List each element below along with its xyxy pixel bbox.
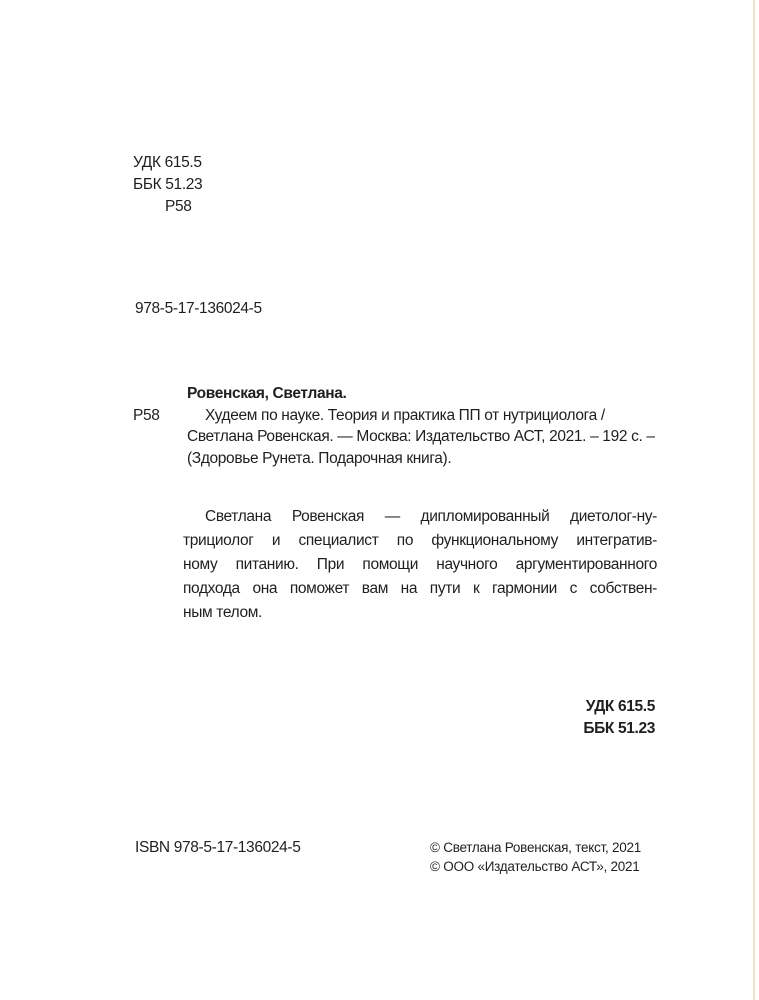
author-sign: Р58 <box>133 405 160 427</box>
author-sign: Р58 <box>133 196 202 218</box>
bibliographic-line: (Здоровье Рунета. Подарочная книга). <box>187 448 673 470</box>
bibliographic-line: Худеем по науке. Теория и практика ПП от… <box>187 405 673 427</box>
classification-codes-bottom: УДК 615.5 ББК 51.23 <box>583 696 655 740</box>
annotation-line: подхода она поможет вам на пути к гармон… <box>183 577 657 601</box>
isbn-line: ISBN 978-5-17-136024-5 <box>135 837 301 859</box>
annotation-line: ному питанию. При помощи научного аргуме… <box>183 553 657 577</box>
isbn-number: 978-5-17-136024-5 <box>135 298 262 320</box>
bibliographic-text: Ровенская, Светлана. Худеем по науке. Те… <box>187 383 673 469</box>
annotation-line: ным телом. <box>183 601 657 625</box>
annotation-line: Светлана Ровенская — дипломированный дие… <box>183 505 657 529</box>
scan-edge-line <box>753 0 755 1000</box>
classification-codes-top: УДК 615.5 ББК 51.23 Р58 <box>133 152 202 218</box>
udk-code: УДК 615.5 <box>133 152 202 174</box>
udk-code-bold: УДК 615.5 <box>583 696 655 718</box>
copyright-block: © Светлана Ровенская, текст, 2021 © ООО … <box>430 839 641 876</box>
bbk-code: ББК 51.23 <box>133 174 202 196</box>
author-heading: Ровенская, Светлана. <box>187 383 673 405</box>
bbk-code-bold: ББК 51.23 <box>583 718 655 740</box>
book-imprint-page: УДК 615.5 ББК 51.23 Р58 978-5-17-136024-… <box>0 0 759 1000</box>
copyright-line-author: © Светлана Ровенская, текст, 2021 <box>430 839 641 858</box>
bibliographic-record: Р58 Ровенская, Светлана. Худеем по науке… <box>133 383 673 469</box>
copyright-line-publisher: © ООО «Издательство АСТ», 2021 <box>430 858 641 877</box>
annotation-line: трициолог и специалист по функциональном… <box>183 529 657 553</box>
bibliographic-line: Светлана Ровенская. — Москва: Издательст… <box>187 426 673 448</box>
annotation-paragraph: Светлана Ровенская — дипломированный дие… <box>183 505 657 625</box>
